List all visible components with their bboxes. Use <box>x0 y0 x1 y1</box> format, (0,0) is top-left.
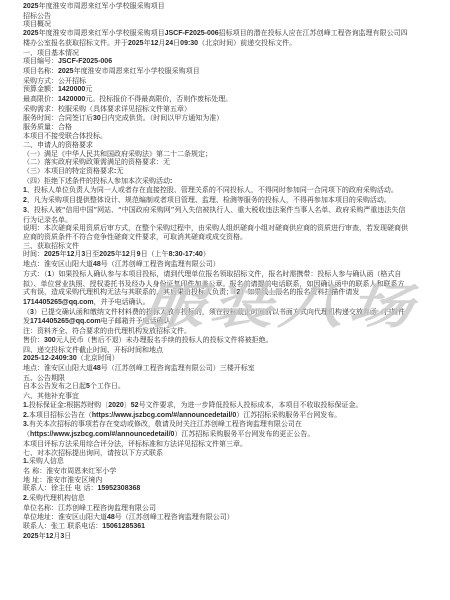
document-line: 3、投标人被“信用中国”网站、“中国政府采购网”列入失信被执行人、重大税收违法案… <box>23 206 433 216</box>
procurement-announcement-document: 2025年度淮安市周恩来红军小学校服采购项目招标公告项目概况2025年度淮安市周… <box>23 2 433 542</box>
document-line: 联系人：徐主任 电 话：15952308368 <box>23 484 433 494</box>
document-line: 招标公告 <box>23 12 433 21</box>
document-line: 二、申请人的资格要求 <box>23 141 433 150</box>
document-line: 联系人：张工 联系电话：15061285361 <box>23 522 433 532</box>
document-line: 2025年度淮安市周恩来红军小学校服采购项目JSCF-F2025-006招标项目… <box>23 29 433 39</box>
document-line: 采购需求：校服采购（具体要求详见招标文件第五章） <box>23 105 433 114</box>
document-line: 单位地址：淮安区山阳大道48号（江苏创峰工程咨询监理有限公司） <box>23 513 433 523</box>
document-line: 最高限价：1420000元。投标报价不得最高限价，否则作废标处理。 <box>23 95 433 105</box>
document-line: 六、其他补充事宜 <box>23 392 433 401</box>
document-line: 1.采购人信息 <box>23 457 433 467</box>
document-line: 说明：本次磋商采用资质后审方式，在整个采购过程中，由采购人组织磋商小组对磋商供应… <box>23 224 433 233</box>
document-line: 1、投标人单位负责人为同一人或者存在直接控股、管理关系的不同投标人，不得同时参加… <box>23 186 433 196</box>
document-line: 预算金额：1420000元 <box>23 85 433 95</box>
document-line: 地点：淮安区山阳大道48号（江苏创峰工程咨询监理有限公司） <box>23 260 433 270</box>
document-line: 发1714405265@qq.com电子邮箱并予电话确认） <box>23 317 433 327</box>
document-line: 1714405265@qq.com，并予电话确认。 <box>23 298 433 308</box>
document-line: （三）本项目的特定资格要求:无 <box>23 167 433 177</box>
document-line: 楼办公室报名获取招标文件。并于2025年12月24日09:30（北京时间）前递交… <box>23 39 433 49</box>
document-line: 单位名称：江苏创峰工程咨询监理有限公司 <box>23 504 433 513</box>
document-line: 自本公告发布之日起5个工作日。 <box>23 382 433 392</box>
document-line: （四）拒绝下述条件的投标人参加本次采购活动: <box>23 177 433 187</box>
document-line: 1.投标保证金:根据苏财购〔2020〕52号文件要求，为进一步降低投标人投标成本… <box>23 401 433 411</box>
document-line: 项目名称：2025年度淮安市周恩来红军小学校服采购项目 <box>23 67 433 77</box>
document-line: 项目编号：JSCF-F2025-006 <box>23 57 433 67</box>
document-line: 拟）、单位营业执照、授权委托书及经办人身份证复印件加盖公章。报名前请提前电话联系… <box>23 280 433 289</box>
document-line: 2.本项目招标公告在（https://www.jszbcg.com/#/anno… <box>23 411 433 421</box>
document-line: 应商的资质条件不符合竞争性磋商文件要求，可取消其磋商或成交资格。 <box>23 233 433 242</box>
document-line: 名 称：淮安市周恩来红军小学 <box>23 467 433 476</box>
document-body: 2025年度淮安市周恩来红军小学校服采购项目招标公告项目概况2025年度淮安市周… <box>23 2 433 542</box>
document-line: 售价：300元人民币（售后不退）未办理报名手续的投标人的投标文件将被拒绝。 <box>23 336 433 346</box>
document-line: （二）落实政府采购政策需满足的资格要求：无 <box>23 158 433 167</box>
document-line: 注：资料齐全、符合要求的由代理机构发放招标文件。 <box>23 327 433 336</box>
document-line: 本项目评标方法采用综合评分法，评标标准和方法详见招标文件第三章。 <box>23 440 433 449</box>
document-line: 地点：淮安区山阳大道48号（江苏创峰工程咨询监理有限公司）三楼开标室 <box>23 364 433 374</box>
document-line: 一、项目基本情况 <box>23 49 433 58</box>
document-line: 时间：2025年12月3日至2025年12月9日（上午8:30-17:40） <box>23 250 433 260</box>
document-line: （https://www.jszbcg.com/#/announcedetail… <box>23 430 433 440</box>
document-line: 3.有关本次招标的事项若存在变动或修改，敬请及时关注江苏创峰工程咨询监理有限公司… <box>23 420 433 430</box>
document-line: 四、递交投标文件截止时间、开标时间和地点 <box>23 346 433 355</box>
document-line: 2025年12月3日 <box>23 532 433 542</box>
document-line: 本项目不接受联合体投标。 <box>23 132 433 141</box>
document-line: 2025年度淮安市周恩来红军小学校服采购项目 <box>23 2 433 12</box>
document-line: 2.采购代理机构信息 <box>23 494 433 504</box>
document-line: （3）已提交确认函和缴纳文件材料费的投标人放弃投标的，须在投标截止时间前以书面方… <box>23 308 433 318</box>
document-line: 方式：（1）如果投标人确认参与本项目投标，请到代理单位报名领取招标文件，报名时需… <box>23 270 433 280</box>
document-line: 2、凡为采购项目提供整体设计、规范编制或者项目管理、监理、检测等服务的投标人，不… <box>23 196 433 206</box>
document-line: 项目概况 <box>23 20 433 29</box>
document-line: 服务时间：合同签订后30日内完成供货。（时间以甲方通知为准） <box>23 114 433 124</box>
document-line: 式有误，造成采购代理机构无法与其联系的，其后果由投标人负责；（2）如果线上报名的… <box>23 288 433 298</box>
document-line: 2025-12-2409:30（北京时间） <box>23 354 433 364</box>
document-line: 行为记录名单。 <box>23 216 433 225</box>
document-line: 七、对本次招标提出询问，请按以下方式联系 <box>23 449 433 458</box>
document-line: 服务质量：合格 <box>23 123 433 132</box>
document-line: （一）满足《中华人民共和国政府采购法》第二十二条规定； <box>23 150 433 159</box>
